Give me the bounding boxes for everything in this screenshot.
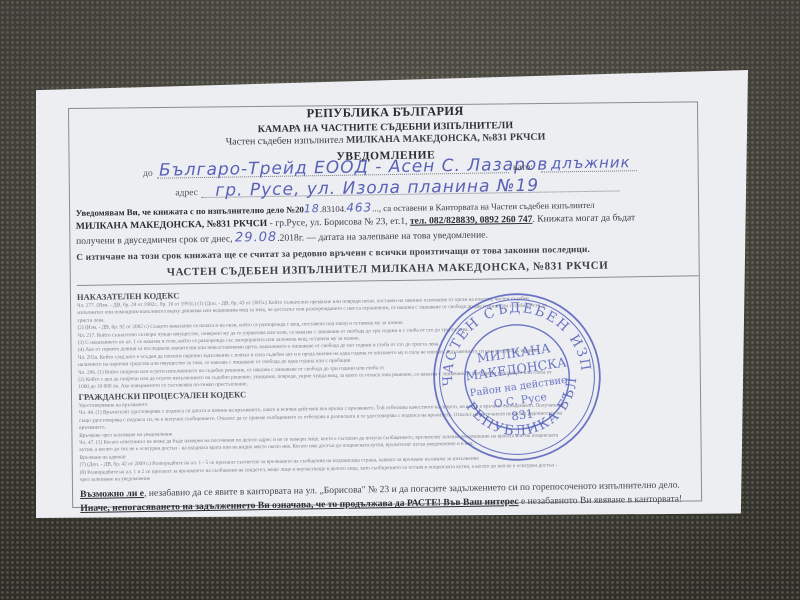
legal-excerpts: НАКАЗАТЕЛЕН КОДЕКС Чл. 277. (Изм. - ДВ, … bbox=[77, 282, 702, 484]
role-handwriting: длъжник bbox=[551, 153, 631, 172]
case-suffix: ..., са оставени в Канторвата на Частен … bbox=[372, 200, 595, 213]
enforcer-prefix: Частен съдебен изпълнител bbox=[226, 135, 344, 148]
civil-code-text: Удостоверяване на връчванетоЧл. 44. (1) … bbox=[79, 393, 702, 484]
enforcer-name: МИЛКАНА МАКЕДОНСКА, №831 РКЧСИ bbox=[346, 132, 546, 146]
document-content: РЕПУБЛИКА БЪЛГАРИЯ КАМАРА НА ЧАСТНИТЕ СЪ… bbox=[74, 96, 703, 527]
closing-question: Възможно ли е bbox=[80, 488, 144, 500]
date-prefix: получени в двуседмичен срок от днес, bbox=[76, 233, 235, 246]
date-suffix: .2018г. — датата на залепване на това ув… bbox=[277, 230, 488, 244]
penal-code-text: Чл. 277. (Изм. - ДВ, бр. 28 от 1982г., б… bbox=[77, 293, 700, 392]
case-year-handwriting: 18 bbox=[304, 202, 320, 215]
to-label: до bbox=[143, 169, 153, 179]
address-handwriting: гр. Русе, ул. Изола планина №19 bbox=[215, 176, 539, 201]
as-label: като: bbox=[513, 163, 533, 173]
office-phone: тел. 082/828839, 0892 260 747 bbox=[410, 214, 533, 227]
address-label: адрес bbox=[175, 188, 198, 198]
notice-body: Уведомявам Ви, че книжата с по изпълните… bbox=[76, 195, 699, 286]
case-number: .83104. bbox=[320, 204, 347, 214]
bottom-divider bbox=[81, 517, 703, 528]
closing-paragraph: Възможно ли е, незабавно да се явите в к… bbox=[80, 479, 702, 517]
date-handwriting: 29.08 bbox=[235, 230, 277, 246]
office-address: - гр.Русе, ул. Борисова № 23, ет.1, bbox=[267, 216, 410, 229]
closing-text-2: е незабавното Ви явяване в канторвата! bbox=[518, 494, 682, 508]
case-suffix-handwriting: 463 bbox=[346, 200, 372, 214]
office-suffix: . Книжата могат да бъдат bbox=[532, 212, 635, 225]
notice-paper: РЕПУБЛИКА БЪЛГАРИЯ КАМАРА НА ЧАСТНИТЕ СЪ… bbox=[36, 70, 748, 518]
